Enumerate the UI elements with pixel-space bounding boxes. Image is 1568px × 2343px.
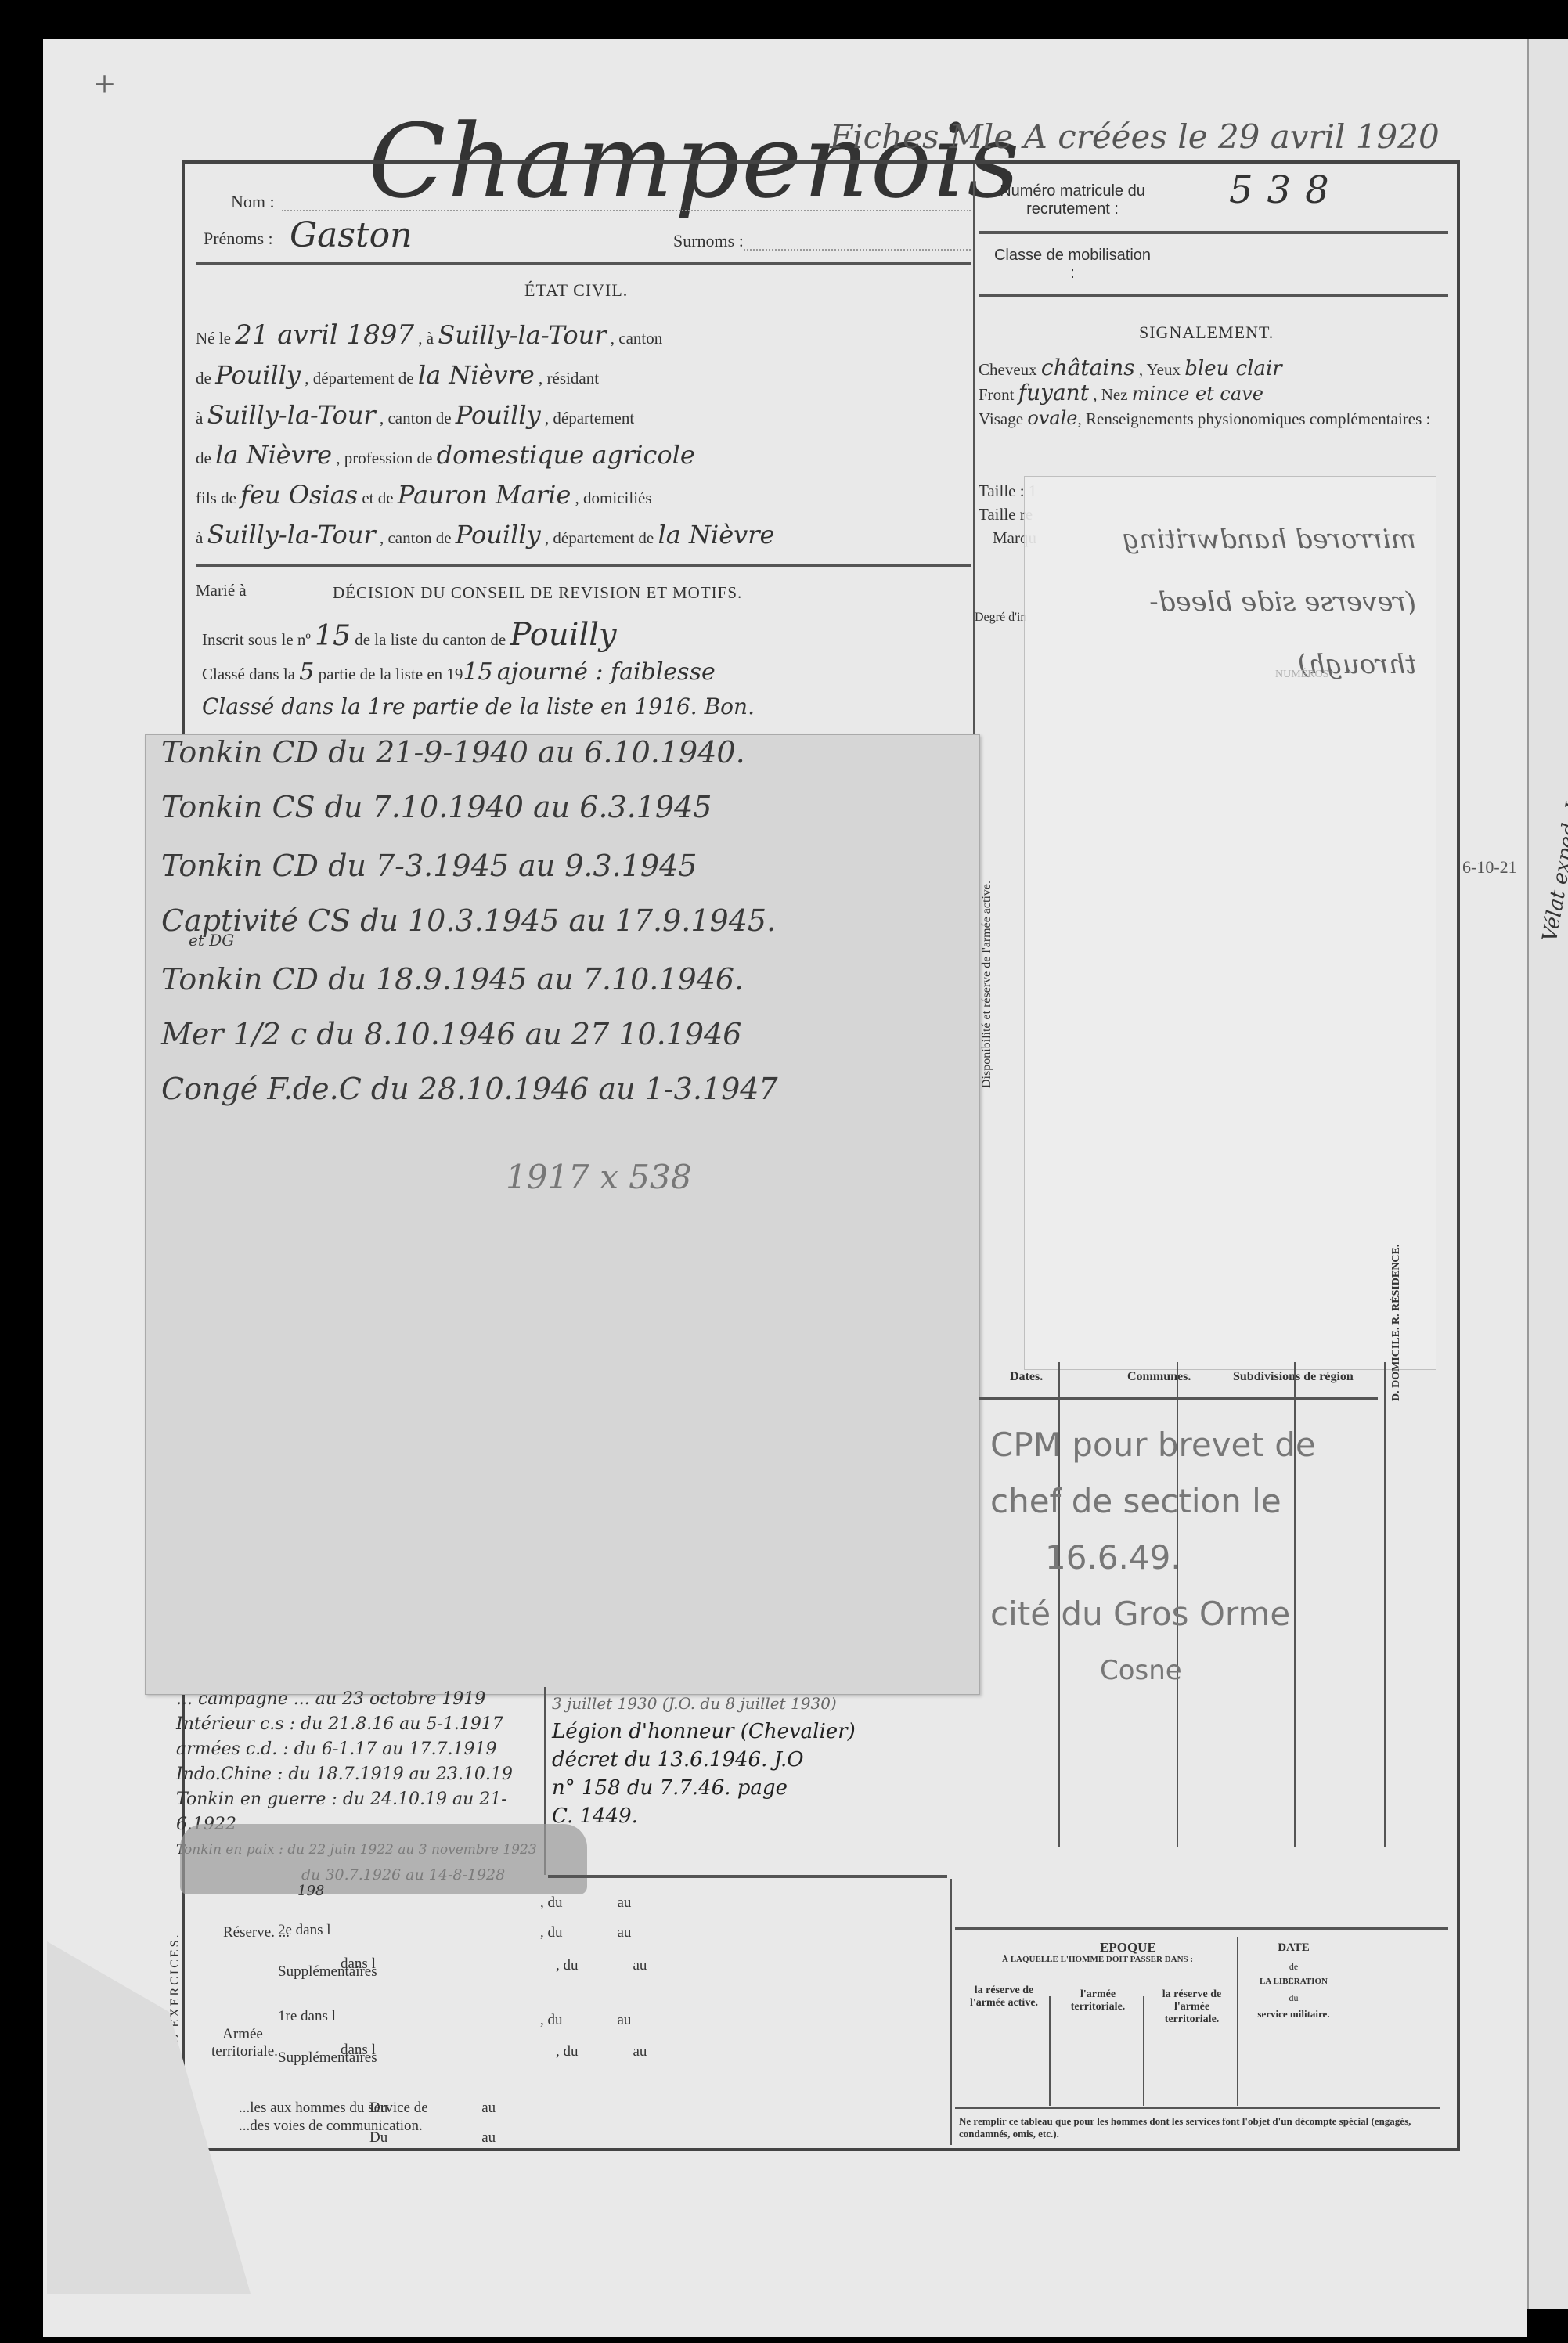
- service-line: Tonkin CS du 7.10.1940 au 6.3.1945: [161, 790, 712, 824]
- yeux-label: , Yeux: [1139, 360, 1181, 379]
- parents-department: la Nièvre: [658, 520, 775, 550]
- du-label: , du: [556, 1957, 579, 1974]
- decision-title: DÉCISION DU CONSEIL DE REVISION ET MOTIF…: [333, 583, 742, 603]
- parents-canton: Pouilly: [456, 520, 541, 550]
- decision-block: Inscrit sous le nº 15 de la liste du can…: [202, 618, 969, 723]
- numeros-fragment: NUMÉROS: [1275, 669, 1328, 681]
- partie-label: partie de la liste en 19: [319, 665, 463, 683]
- service-line: Tonkin CD du 21-9-1940 au 6.10.1940.: [161, 735, 745, 770]
- col-reserve-active: la réserve de l'armée active.: [959, 1984, 1049, 2010]
- du-label: , du: [556, 2043, 579, 2060]
- column-divider: [1049, 1996, 1051, 2106]
- parents-domicile: Suilly-la-Tour: [207, 520, 376, 550]
- surnoms-label: Surnoms :: [673, 231, 744, 251]
- cheveux-label: Cheveux: [979, 360, 1037, 379]
- row-2e-dans: 2e dans l: [278, 1922, 331, 1939]
- date-title: DATE: [1249, 1941, 1339, 1955]
- prenoms-label: Prénoms :: [204, 229, 273, 249]
- pencil-reference: 1917 x 538: [506, 1158, 691, 1196]
- residence-department: la Nièvre: [215, 440, 332, 470]
- dept-label: , département de: [305, 369, 413, 387]
- decorations-block: 3 juillet 1930 (J.O. du 8 juillet 1930) …: [552, 1689, 951, 1830]
- mother-name: Pauron Marie: [398, 480, 571, 510]
- ne-le-label: Né le: [196, 329, 231, 348]
- pasted-service-slip: Tonkin CD du 21-9-1940 au 6.10.1940. Ton…: [145, 734, 980, 1695]
- note-line: chef de section le: [990, 1473, 1390, 1530]
- note-line: CPM pour brevet de: [990, 1417, 1390, 1473]
- renseignements-label: , Renseignements physionomiques compléme…: [1078, 409, 1431, 428]
- birth-date: 21 avril 1897: [235, 319, 414, 351]
- residant-label: , résidant: [539, 369, 599, 387]
- hair-color: châtains: [1041, 355, 1135, 380]
- residence-place: Suilly-la-Tour: [207, 400, 376, 430]
- service-line: Tonkin CD du 7-3.1945 au 9.3.1945: [161, 849, 697, 883]
- divider: [979, 231, 1448, 234]
- epoque-title: EPOQUE: [1100, 1940, 1156, 1956]
- decision-motif: ajourné : faiblesse: [497, 658, 716, 686]
- service-line: Captivité CS du 10.3.1945 au 17.9.1945.: [161, 903, 776, 938]
- note-line: cité du Gros Orme: [990, 1586, 1390, 1642]
- campaign-line: Intérieur c.s : du 21.8.16 au 5-1.1917: [176, 1712, 544, 1737]
- water-stain: [180, 1824, 587, 1894]
- date-de: de: [1249, 1961, 1339, 1973]
- cpm-notes: CPM pour brevet de chef de section le 16…: [990, 1417, 1390, 1699]
- mirrored-overlay-slip: mirrored handwriting (reverse side bleed…: [1024, 476, 1436, 1370]
- residence-canton-label: , canton de: [380, 409, 452, 427]
- service-line: Congé F.de.C du 28.10.1946 au 1-3.1947: [161, 1072, 778, 1106]
- partie-year: 15: [463, 658, 492, 686]
- forehead: fuyant: [1018, 380, 1089, 406]
- birth-canton: Pouilly: [215, 360, 301, 390]
- nez-label: , Nez: [1093, 385, 1127, 404]
- fiches-annotation: Fiches Mle A créées le 29 avril 1920: [830, 117, 1440, 156]
- col-communes: Communes.: [1127, 1370, 1191, 1384]
- campaign-line: armées c.d. : du 6-1.17 au 17.7.1919: [176, 1737, 544, 1762]
- divider: [955, 1927, 1448, 1930]
- signalement-title: SIGNALEMENT.: [1139, 323, 1274, 343]
- fils-de-label: fils de: [196, 488, 236, 507]
- du-label: , du: [540, 1894, 563, 1911]
- du-label: Du: [369, 2100, 387, 2116]
- divider: [196, 262, 971, 265]
- inscrit-number: 15: [315, 620, 351, 652]
- column-divider: [950, 1879, 952, 2145]
- a-label: , à: [418, 329, 434, 348]
- decoration-line: 3 juillet 1930 (J.O. du 8 juillet 1930): [552, 1689, 951, 1718]
- dans-l-label: dans l: [341, 1956, 376, 1973]
- date-service: service militaire.: [1249, 2008, 1339, 2020]
- profession: domestique agricole: [437, 440, 695, 470]
- divider: [955, 2107, 1440, 2109]
- side-label-disponibilite: Disponibilité et réserve de l'armée acti…: [980, 881, 994, 1088]
- date-liberation: LA LIBÉRATION: [1249, 1977, 1339, 1986]
- dom-canton-label: , canton de: [380, 528, 452, 547]
- au-label: au: [633, 2043, 647, 2060]
- liste-canton: Pouilly: [510, 617, 617, 653]
- prenoms-value: Gaston: [290, 215, 412, 255]
- note-line: 16.6.49.: [990, 1530, 1390, 1586]
- margin-cross-mark: +: [94, 63, 115, 106]
- domicilies-label: , domiciliés: [575, 488, 652, 507]
- decoration-line: décret du 13.6.1946. J.O: [552, 1746, 951, 1774]
- service-line: Tonkin CD du 18.9.1945 au 7.10.1946.: [161, 962, 744, 997]
- profession-label: , profession de: [336, 449, 432, 467]
- birth-department: la Nièvre: [418, 360, 535, 390]
- signalement-block: Cheveux châtains , Yeux bleu clair Front…: [979, 356, 1448, 431]
- au-label: au: [481, 2100, 496, 2116]
- classe-dans-label: Classé dans la: [202, 665, 295, 683]
- column-divider: [1237, 1937, 1238, 2106]
- canton-label: , canton: [611, 329, 662, 348]
- surnoms-line: [744, 249, 971, 251]
- matricule-value: 538: [1229, 168, 1343, 212]
- decoration-line: Légion d'honneur (Chevalier): [552, 1718, 951, 1746]
- du-label: Du: [369, 2129, 387, 2146]
- stain-number: 198: [297, 1883, 324, 1899]
- column-divider: [1143, 1996, 1144, 2106]
- au-label: au: [481, 2129, 496, 2146]
- etat-civil-title: ÉTAT CIVIL.: [524, 280, 628, 301]
- row-1re-dans: 1re dans l: [278, 2008, 336, 2025]
- degre-instruction-label: Degré d'in: [975, 611, 1026, 625]
- nom-label: Nom :: [231, 192, 275, 212]
- divider: [196, 564, 971, 567]
- decision-line-2: Classé dans la 1re partie de la liste en…: [202, 690, 969, 723]
- au-label: au: [618, 1894, 632, 1911]
- col-reserve-territoriale: la réserve de l'armée territoriale.: [1147, 1988, 1237, 2026]
- au-label: au: [633, 1957, 647, 1974]
- armee-territoriale-label: Armée territoriale.: [211, 2026, 274, 2060]
- campaign-line: Indo.Chine : du 18.7.1919 au 23.10.19: [176, 1762, 544, 1787]
- face: ovale: [1027, 407, 1077, 429]
- residence-canton: Pouilly: [456, 400, 541, 430]
- adjacent-page-edge: [1527, 39, 1568, 2309]
- date-du: du: [1249, 1992, 1339, 2004]
- visage-label: Visage: [979, 409, 1023, 428]
- nose: mince et cave: [1132, 383, 1263, 405]
- interline-note: et DG: [189, 931, 234, 950]
- dans-l-label: dans l: [341, 2042, 376, 2059]
- au-label: au: [618, 2012, 632, 2028]
- dom-dept-label: , département de: [545, 528, 654, 547]
- liste-canton-label: de la liste du canton de: [355, 630, 506, 649]
- residence-dept-label: , département: [545, 409, 634, 427]
- margin-date: 6-10-21: [1462, 857, 1517, 878]
- inscrit-label: Inscrit sous le nº: [202, 630, 311, 649]
- col-dates: Dates.: [1010, 1370, 1043, 1384]
- au-label: au: [618, 1924, 632, 1941]
- father-name: feu Osias: [240, 480, 358, 510]
- decoration-line: n° 158 du 7.7.46. page: [552, 1774, 951, 1802]
- epoque-subtitle: À LAQUELLE L'HOMME DOIT PASSER DANS :: [1002, 1955, 1193, 1964]
- eye-color: bleu clair: [1184, 357, 1281, 380]
- classe-partie: 5: [299, 658, 314, 686]
- mirrored-handwriting: mirrored handwriting (reverse side bleed…: [1056, 508, 1416, 696]
- matricule-label: Numéro matricule du recrutement :: [990, 182, 1155, 218]
- front-label: Front: [979, 385, 1015, 404]
- du-label: , du: [540, 2012, 563, 2028]
- decoration-line: C. 1449.: [552, 1802, 951, 1830]
- divider: [548, 1875, 947, 1878]
- birth-place: Suilly-la-Tour: [438, 320, 606, 350]
- col-subdivisions: Subdivisions de région: [1233, 1370, 1354, 1384]
- marie-label: Marié à: [196, 581, 247, 600]
- col-domicile-residence: D. DOMICILE. R. RÉSIDENCE.: [1390, 1245, 1403, 1401]
- col-armee-territoriale: l'armée territoriale.: [1053, 1988, 1143, 2013]
- du-label: , du: [540, 1924, 563, 1941]
- note-line: Cosne: [990, 1642, 1390, 1699]
- campaign-line: ... campagne ... au 23 octobre 1919: [176, 1687, 544, 1712]
- epoque-footnote: Ne remplir ce tableau que pour les homme…: [959, 2115, 1436, 2140]
- et-de-label: et de: [362, 488, 393, 507]
- service-line: Mer 1/2 c du 8.10.1946 au 27 10.1946: [161, 1017, 741, 1051]
- nom-line: [282, 210, 971, 211]
- classe-label: Classe de mobilisation :: [990, 247, 1155, 283]
- divider: [979, 1397, 1378, 1400]
- divider: [979, 294, 1448, 297]
